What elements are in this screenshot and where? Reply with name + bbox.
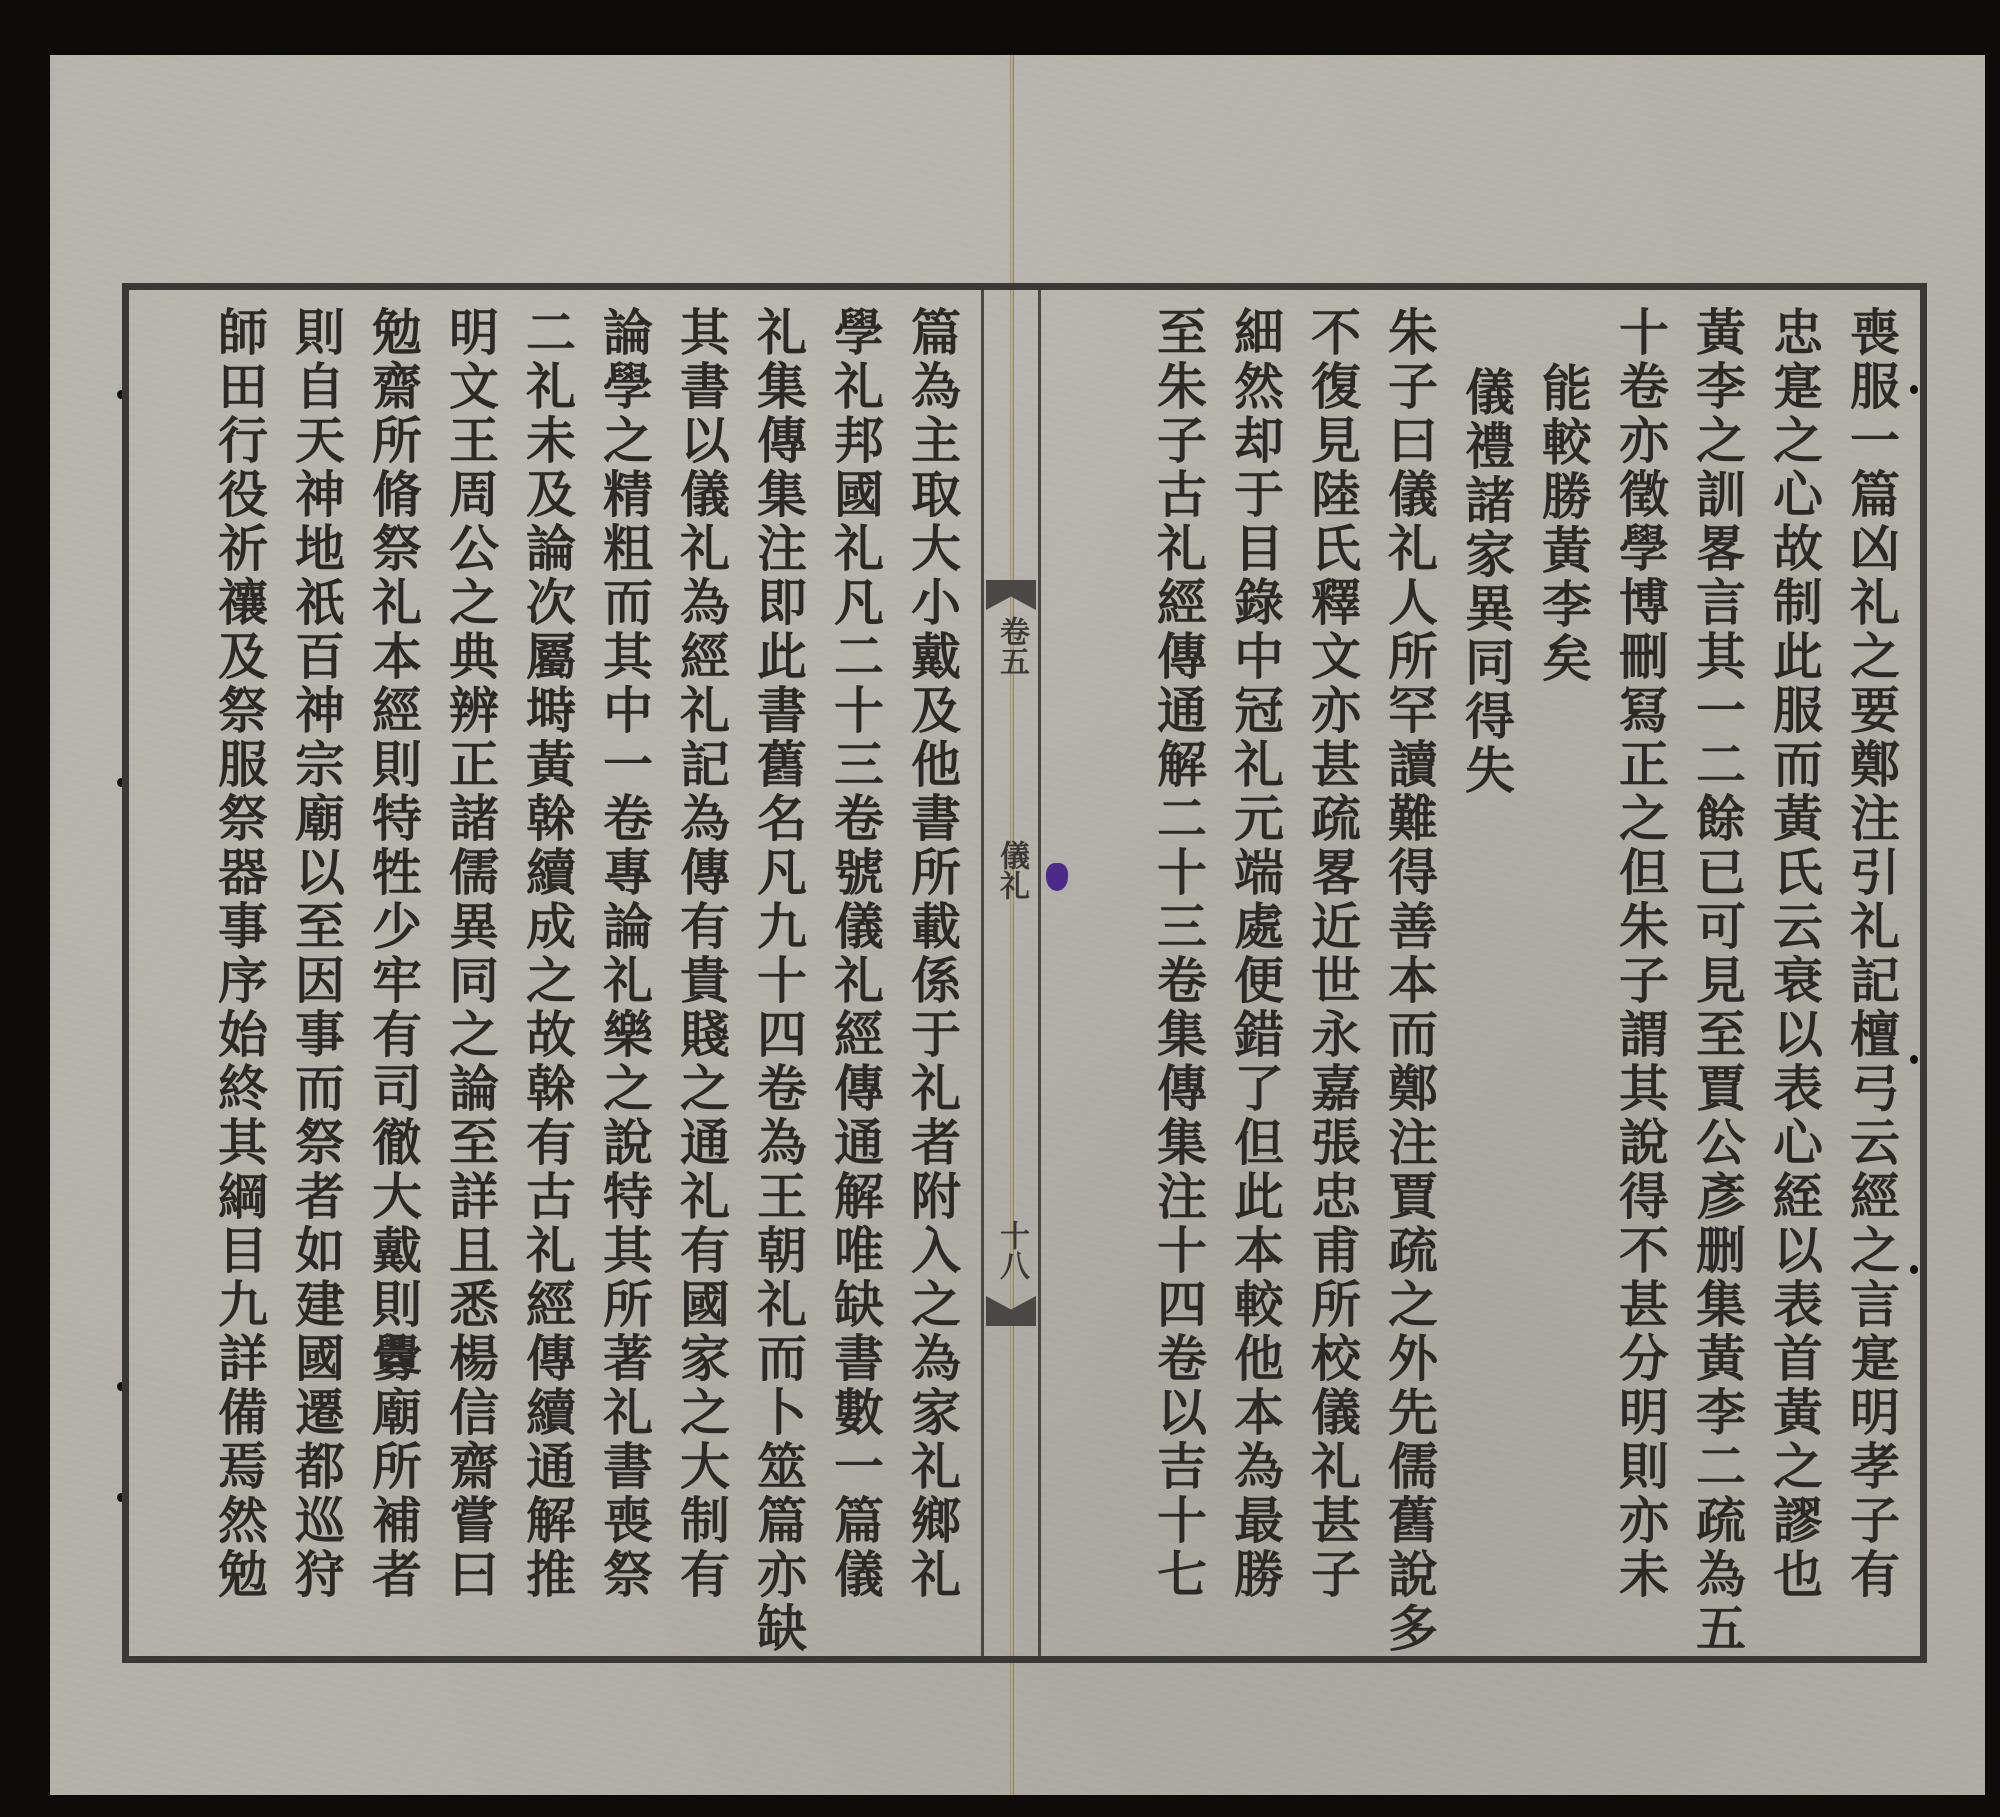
- section-heading: 儀禮諸家異同得失: [1448, 306, 1525, 1646]
- fishtail-top-icon: [986, 580, 1036, 610]
- fishtail-bottom-icon: [986, 1296, 1036, 1326]
- text-column: 礼集傳集注即此書舊名凡九十四卷為王朝礼而卜筮篇亦缺: [740, 306, 817, 1646]
- text-column: 勉齋所脩祭礼本經則特牲少牢有司徹大戴則釁廟所補者: [355, 306, 432, 1646]
- text-column: 二礼未及論次屬塒黃榦續成之故榦有古礼經傳續通解推: [509, 306, 586, 1646]
- text-column: 喪服一篇凶礼之要鄭注引礼記檀弓云經之言寔明孝子有: [1833, 306, 1910, 1646]
- text-column: 不復見陸氏釋文亦甚疏畧近世永嘉張忠甫所校儀礼甚子: [1294, 306, 1371, 1646]
- folio-number: 十八: [984, 1220, 1038, 1280]
- text-column: 朱子曰儀礼人所罕讀難得善本而鄭注賈疏之外先儒舊說多: [1371, 306, 1448, 1646]
- printed-frame: 喪服一篇凶礼之要鄭注引礼記檀弓云經之言寔明孝子有 忠寔之心故制此服而黃氏云衰以表…: [122, 283, 1927, 1663]
- book-title-label: 儀礼: [984, 840, 1038, 900]
- text-column: 篇為主取大小戴及他書所載係于礼者附入之為家礼鄉礼: [894, 306, 971, 1646]
- text-columns-right: 喪服一篇凶礼之要鄭注引礼記檀弓云經之言寔明孝子有 忠寔之心故制此服而黃氏云衰以表…: [1047, 306, 1910, 1646]
- text-column: 黃李之訓畧言其一二餘已可見至賈公彥删集黃李二疏為五: [1679, 306, 1756, 1646]
- text-column: 學礼邦國礼凡二十三卷號儀礼經傳通解唯缺書數一篇儀: [817, 306, 894, 1646]
- text-column: 師田行役祈禳及祭服祭器事序始終其綱目九詳備焉然勉: [201, 306, 278, 1646]
- right-half-folio: 喪服一篇凶礼之要鄭注引礼記檀弓云經之言寔明孝子有 忠寔之心故制此服而黃氏云衰以表…: [1037, 290, 1920, 1656]
- paper-sheet: 喪服一篇凶礼之要鄭注引礼記檀弓云經之言寔明孝子有 忠寔之心故制此服而黃氏云衰以表…: [50, 55, 1985, 1795]
- text-column: 能較勝黃李矣: [1525, 306, 1602, 1646]
- text-column: 其書以儀礼為經礼記為傳有貴賤之通礼有國家之大制有: [663, 306, 740, 1646]
- purple-seal-mark: [1046, 863, 1068, 891]
- text-column: 十卷亦徵學博刪冩正之但朱子謂其說得不甚分明則亦未: [1602, 306, 1679, 1646]
- text-column: 明文王周公之典辨正諸儒異同之論至詳且悉楊信齋嘗曰: [432, 306, 509, 1646]
- left-half-folio: 篇為主取大小戴及他書所載係于礼者附入之為家礼鄉礼 學礼邦國礼凡二十三卷號儀礼經傳…: [129, 290, 981, 1656]
- text-column: 細然却于目錄中冠礼元端處便錯了但此本較他本為最勝: [1217, 306, 1294, 1646]
- text-column: 至朱子古礼經傳通解二十三卷集傳集注十四卷以吉十七: [1140, 306, 1217, 1646]
- text-column: 論學之精粗而其中一卷專論礼樂之說特其所著礼書喪祭: [586, 306, 663, 1646]
- text-columns-left: 篇為主取大小戴及他書所載係于礼者附入之為家礼鄉礼 學礼邦國礼凡二十三卷號儀礼經傳…: [139, 306, 971, 1646]
- text-column: 忠寔之心故制此服而黃氏云衰以表心絰以表首黃之謬也: [1756, 306, 1833, 1646]
- banxin-center-column: 卷五 儀礼 十八: [981, 290, 1041, 1656]
- text-column: 則自天神地祇百神宗廟以至因事而祭者如建國遷都巡狩: [278, 306, 355, 1646]
- volume-label: 卷五: [984, 616, 1038, 676]
